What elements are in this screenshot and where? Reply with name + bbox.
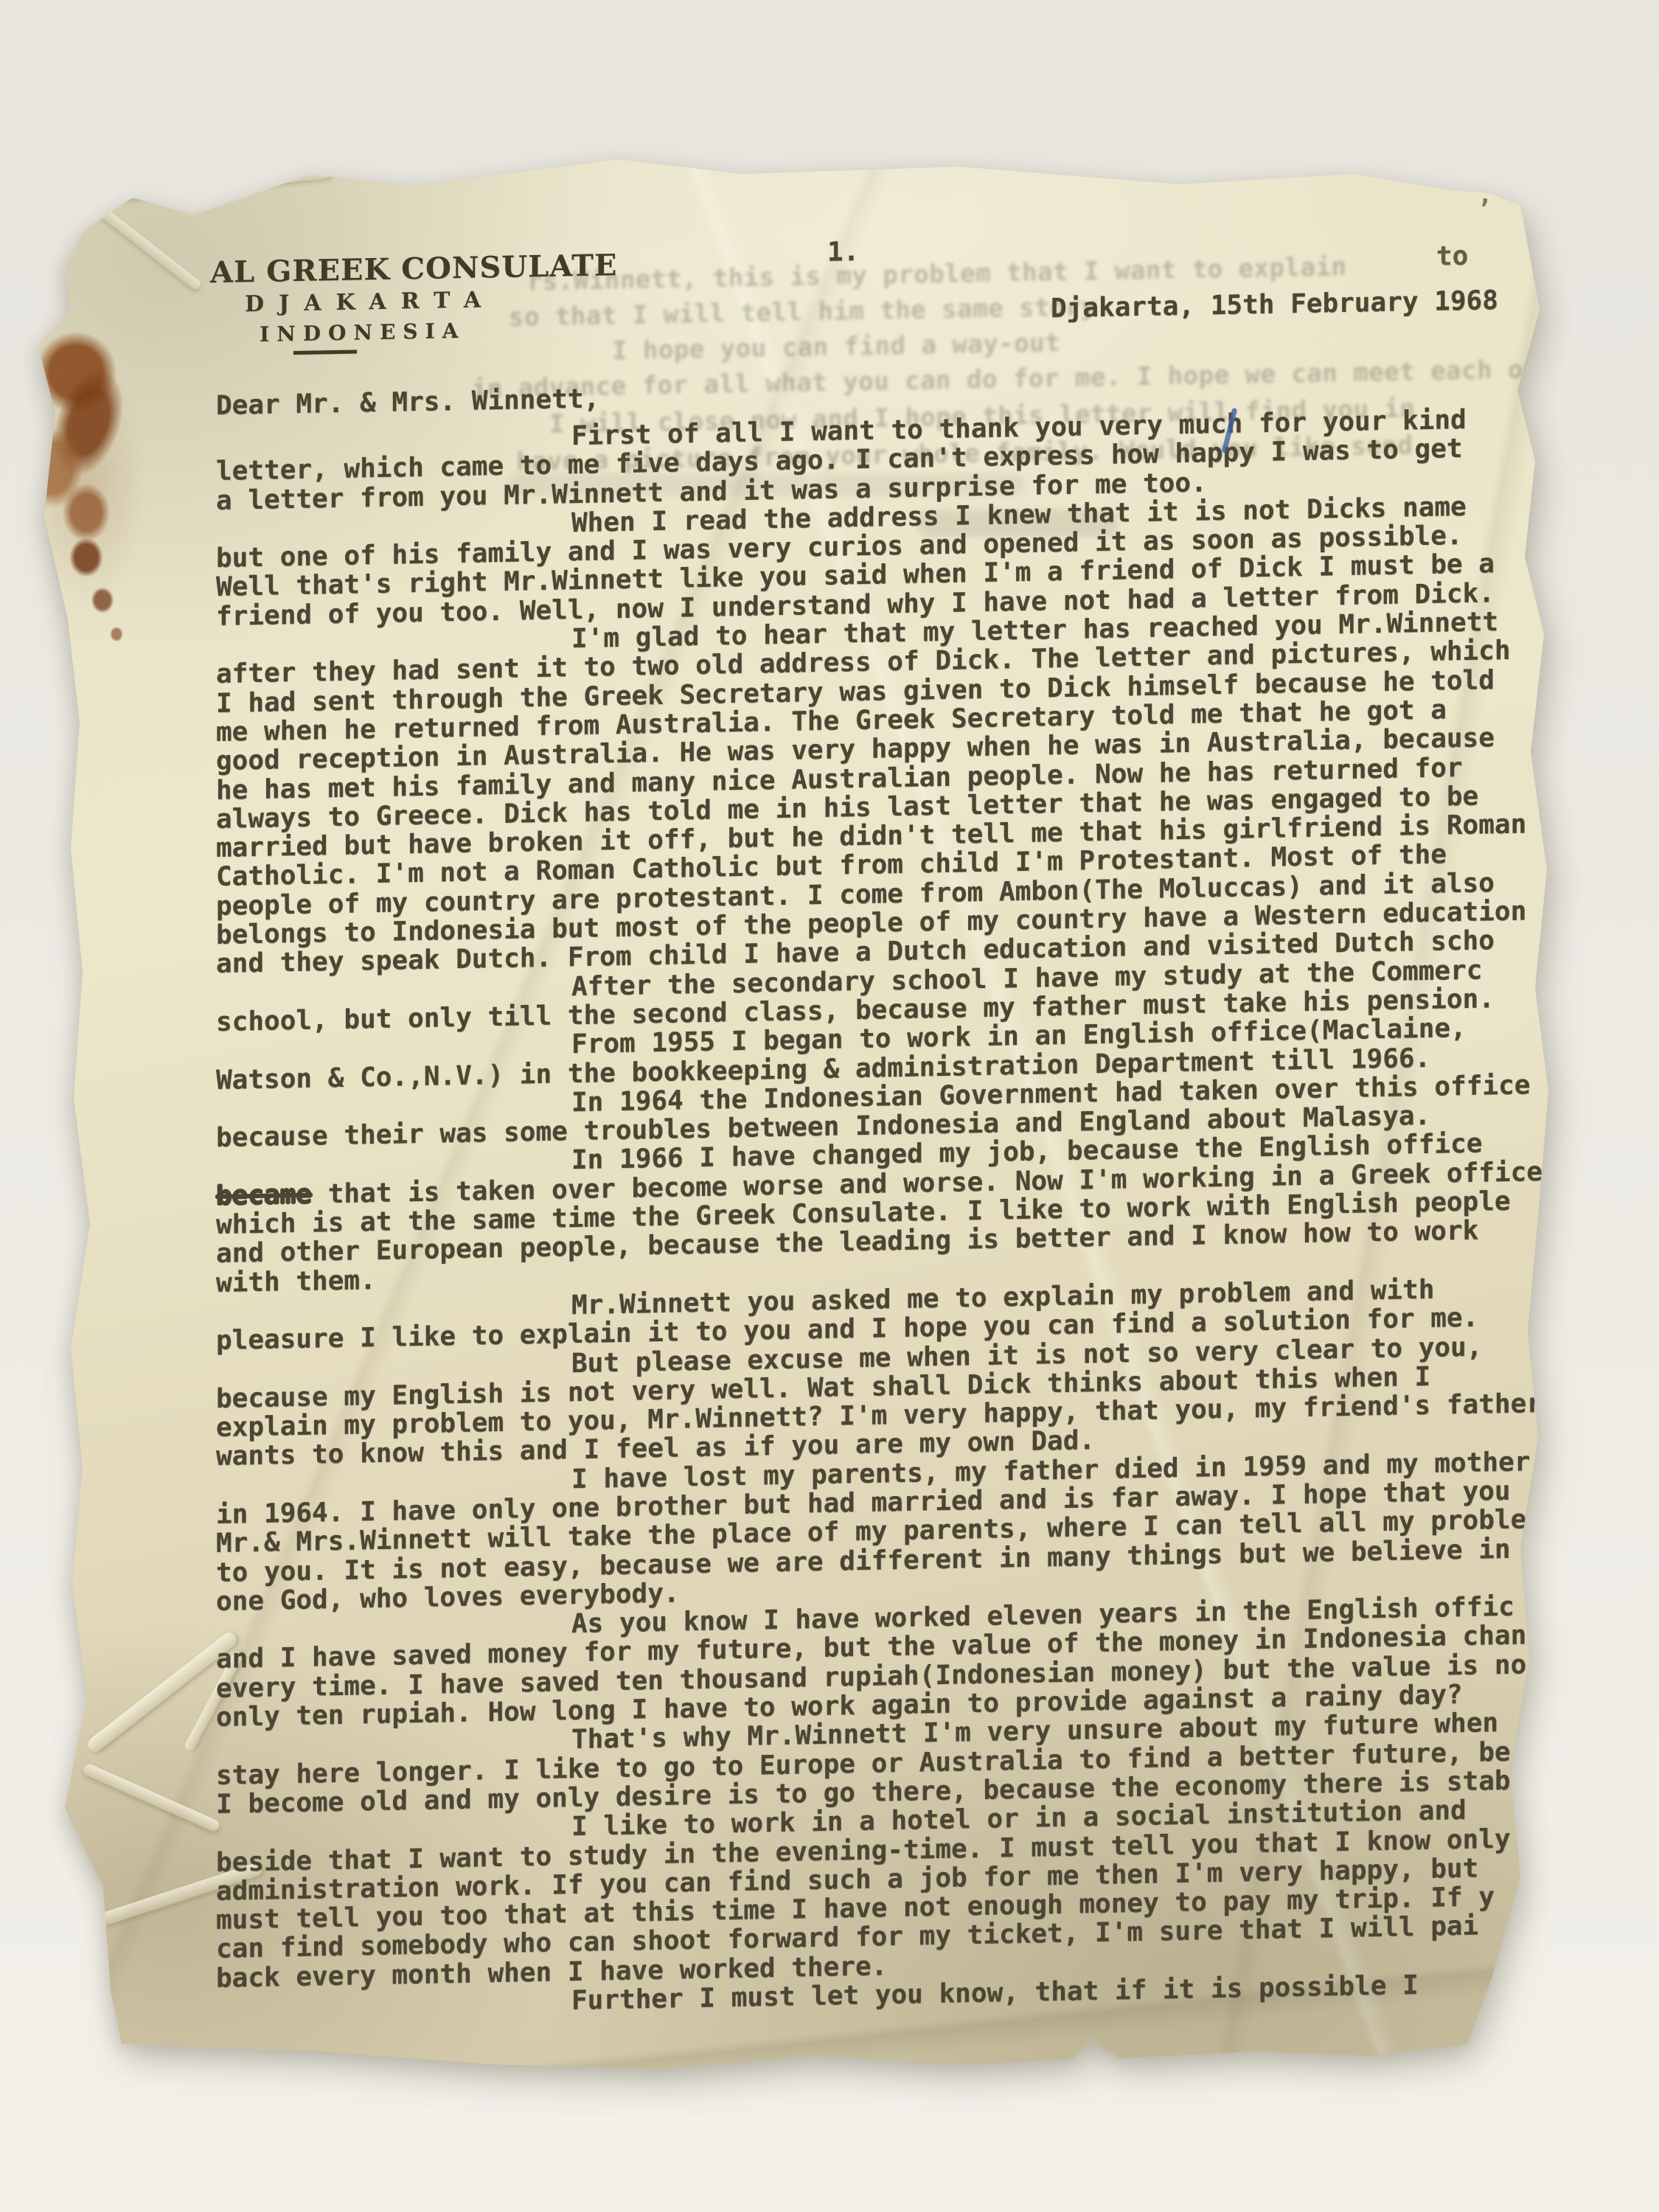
letterhead-city: DJAKARTA — [245, 287, 495, 317]
struck-word: became — [216, 1179, 312, 1211]
bleedthrough-line: so that I will tell him the same story. — [509, 292, 1112, 333]
letter-body: First of all I want to thank you very mu… — [216, 404, 1559, 2023]
letterhead-rule — [293, 349, 357, 355]
page-number: 1. — [827, 237, 859, 268]
typed-fragment: to — [1436, 241, 1468, 272]
letterhead-country: INDONESIA — [260, 319, 465, 347]
photo-background: rs.Winnett, this is my problem that I wa… — [0, 0, 1659, 2212]
letter-content: rs.Winnett, this is my problem that I wa… — [0, 0, 1659, 2212]
bleedthrough-line: I hope you can find a way-out — [612, 328, 1060, 366]
letter-paper: rs.Winnett, this is my problem that I wa… — [0, 0, 1659, 2212]
salutation: Dear Mr. & Mrs. Winnett, — [216, 383, 599, 421]
dateline: Djakarta, 15th February 1968 — [1051, 285, 1498, 324]
paper-shadow: rs.Winnett, this is my problem that I wa… — [0, 0, 1659, 2212]
paper-speck-icon: , — [1478, 180, 1492, 209]
paper-speck-icon — [1485, 177, 1492, 184]
